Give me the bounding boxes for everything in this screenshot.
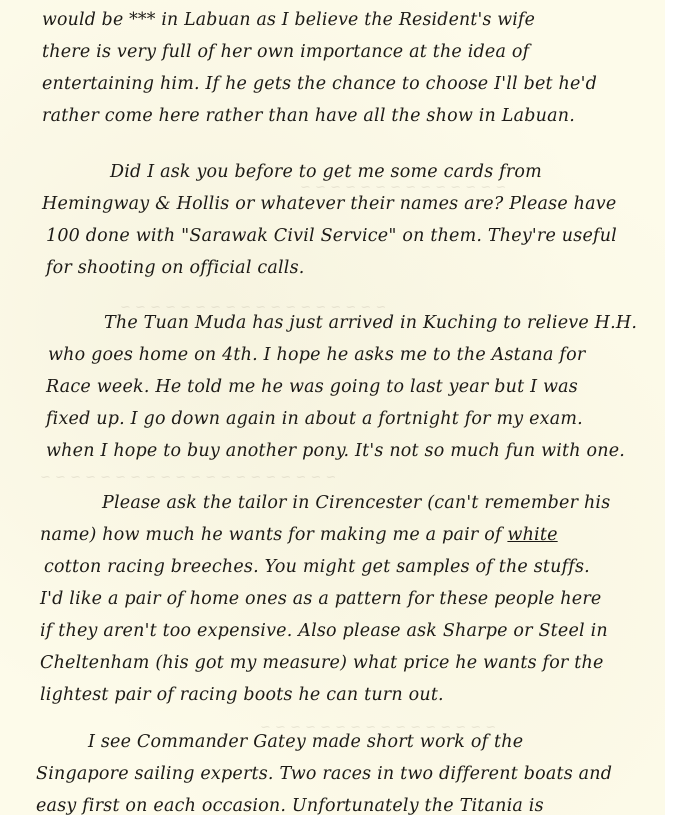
letter-line-text: name) how much he wants for making me a … — [40, 525, 558, 545]
letter-line: I see Commander Gatey made short work of… — [88, 732, 523, 752]
letter-line: Did I ask you before to get me some card… — [110, 162, 542, 182]
letter-line: The Tuan Muda has just arrived in Kuchin… — [104, 313, 637, 333]
underlined-word: white — [507, 525, 557, 545]
bleed-through-text: ~ ~ ~ ~ ~ ~ ~ ~ ~ ~ ~ ~ ~ ~ — [300, 180, 506, 195]
letter-line: for shooting on official calls. — [46, 258, 305, 278]
letter-line: name) how much he wants for making me a … — [40, 525, 558, 545]
letter-line: Hemingway & Hollis or whatever their nam… — [42, 194, 616, 214]
letter-line: I'd like a pair of home ones as a patter… — [40, 589, 601, 609]
letter-line: there is very full of her own importance… — [42, 42, 529, 62]
letter-line: when I hope to buy another pony. It's no… — [46, 441, 625, 461]
letter-line: would be *** in Labuan as I believe the … — [42, 10, 655, 30]
letter-line: Cheltenham (his got my measure) what pri… — [40, 653, 604, 673]
letter-line: cotton racing breeches. You might get sa… — [44, 557, 590, 577]
letter-line: Singapore sailing experts. Two races in … — [36, 764, 612, 784]
letter-line: 100 done with "Sarawak Civil Service" on… — [46, 226, 617, 246]
letter-line: fixed up. I go down again in about a for… — [46, 409, 583, 429]
letter-line: lightest pair of racing boots he can tur… — [40, 685, 444, 705]
letter-page: ~ ~ ~ ~ ~ ~ ~ ~ ~ ~ ~ ~ ~ ~ ~ ~ ~ ~ ~ ~ … — [0, 0, 665, 815]
letter-line: entertaining him. If he gets the chance … — [42, 74, 597, 94]
letter-line: Race week. He told me he was going to la… — [46, 377, 578, 397]
letter-line: easy first on each occasion. Unfortunate… — [36, 796, 544, 815]
letter-line: Please ask the tailor in Cirencester (ca… — [102, 493, 610, 513]
letter-line: if they aren't too expensive. Also pleas… — [40, 621, 608, 641]
letter-line: rather come here rather than have all th… — [42, 106, 575, 126]
letter-line: who goes home on 4th. I hope he asks me … — [48, 345, 585, 365]
bleed-through-text: ~ ~ ~ ~ ~ ~ ~ ~ ~ ~ ~ ~ ~ ~ ~ ~ ~ ~ ~ ~ — [40, 470, 336, 485]
